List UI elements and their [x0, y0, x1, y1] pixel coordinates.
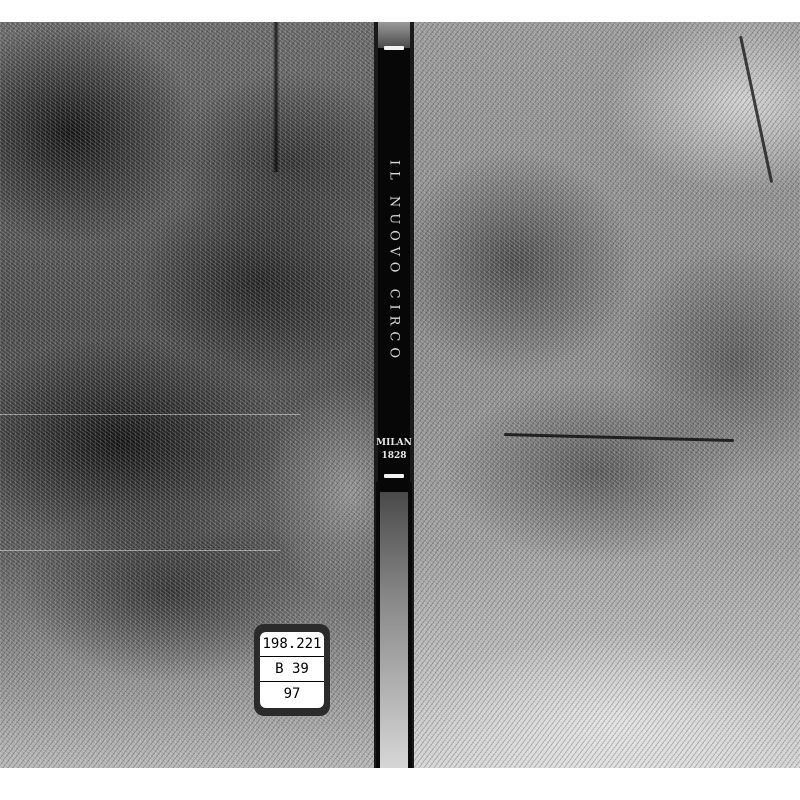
spine-year: 1828 — [374, 451, 414, 461]
scan-artifact-line — [0, 550, 280, 551]
library-call-number-label: 198.221 B 39 97 — [254, 624, 330, 716]
spine-title: IL NUOVO CIRCO — [387, 160, 402, 364]
spine-lower-worn — [380, 492, 408, 768]
book-spine: IL NUOVO CIRCO MILAN 1828 — [374, 22, 414, 768]
call-number-line-1: 198.221 — [260, 632, 324, 657]
call-number-line-2: B 39 — [260, 657, 324, 682]
cover-stain — [273, 22, 279, 172]
paper-texture — [414, 22, 800, 768]
spine-edge-left — [376, 482, 380, 768]
spine-band-top — [384, 46, 404, 50]
spine-place: MILAN — [374, 438, 414, 448]
book-scan: 198.221 B 39 97 IL NUOVO CIRCO MILAN 182… — [0, 22, 800, 768]
spine-band-bottom — [384, 474, 404, 478]
scan-artifact-line — [0, 414, 300, 415]
back-cover: 198.221 B 39 97 — [0, 22, 374, 768]
front-cover — [414, 22, 800, 768]
spine-edge-right — [408, 482, 412, 768]
call-number-box: 198.221 B 39 97 — [260, 632, 324, 708]
spine-headcap — [378, 22, 410, 48]
call-number-line-3: 97 — [260, 682, 324, 707]
